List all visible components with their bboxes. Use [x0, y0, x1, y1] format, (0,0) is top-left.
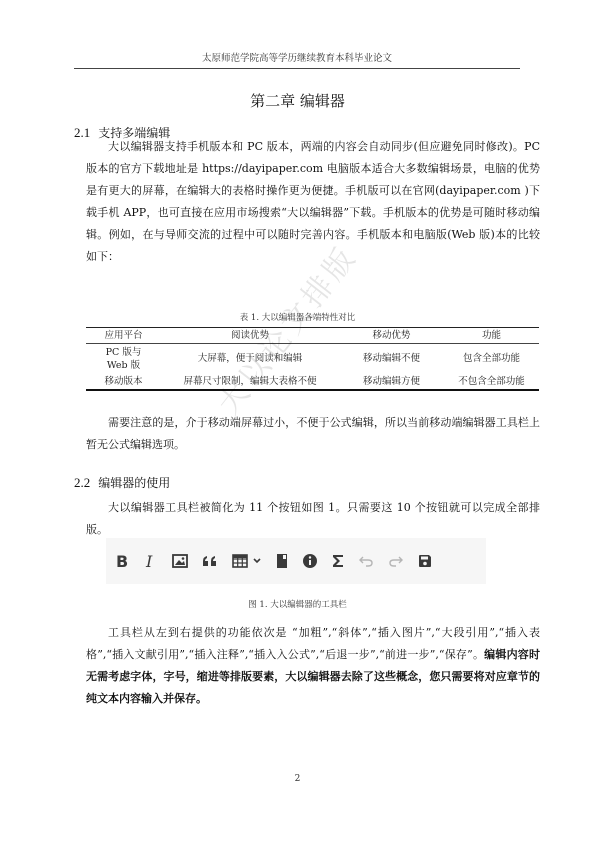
section-heading-2-2: 2.2编辑器的使用: [74, 474, 170, 491]
description-normal-text: 工具栏从左到右提供的功能依次是 “加粗”,“斜体”,“插入图片”,“大段引用”,…: [86, 626, 540, 661]
save-icon: [418, 550, 432, 572]
chevron-down-icon: [252, 550, 262, 572]
table-cell: 移动版本: [86, 374, 161, 390]
table-row: PC 版与 Web 版 大屏幕，便于阅读和编辑 移动编辑不便 包含全部功能: [86, 344, 539, 374]
figure-caption: 图 1. 大以编辑器的工具栏: [0, 598, 595, 610]
running-header: 太原师范学院高等学历继续教育本科毕业论文: [74, 52, 520, 69]
svg-text:B: B: [116, 553, 128, 569]
table-icon: [232, 550, 248, 572]
sigma-icon: [332, 550, 344, 572]
undo-icon: [358, 550, 374, 572]
quote-icon: [202, 550, 218, 572]
paragraph-toolbar-intro: 大以编辑器工具栏被简化为 11 个按钮如图 1。只需要这 10 个按钮就可以完成…: [86, 497, 540, 541]
svg-text:I: I: [145, 553, 153, 569]
info-icon: [302, 550, 318, 572]
redo-icon: [388, 550, 404, 572]
editor-toolbar-figure: B I: [106, 538, 486, 584]
paragraph-toolbar-description: 工具栏从左到右提供的功能依次是 “加粗”,“斜体”,“插入图片”,“大段引用”,…: [86, 622, 540, 710]
table-row: 移动版本 屏幕尺寸限制，编辑大表格不便 移动编辑方便 不包含全部功能: [86, 374, 539, 390]
table-header-row: 应用平台 阅读优势 移动优势 功能: [86, 328, 539, 344]
paragraph-mobile-note: 需要注意的是，介于移动端屏幕过小，不便于公式编辑，所以当前移动端编辑器工具栏上暂…: [86, 412, 540, 456]
table-header-cell: 应用平台: [86, 328, 161, 344]
citation-icon: [276, 550, 288, 572]
chapter-title: 第二章 编辑器: [0, 90, 595, 111]
italic-icon: I: [144, 550, 158, 572]
paragraph-multi-device: 大以编辑器支持手机版本和 PC 版本，两端的内容会自动同步(但应避免同时修改)。…: [86, 136, 540, 268]
bold-icon: B: [116, 550, 130, 572]
table-cell: 不包含全部功能: [444, 374, 539, 390]
page-number: 2: [0, 774, 595, 784]
table-cell: 包含全部功能: [444, 344, 539, 374]
table-header-cell: 功能: [444, 328, 539, 344]
image-icon: [172, 550, 188, 572]
table-cell: PC 版与 Web 版: [86, 344, 161, 374]
table-cell: 移动编辑方便: [339, 374, 444, 390]
section-number: 2.2: [74, 475, 90, 490]
table-header-cell: 移动优势: [339, 328, 444, 344]
section-title: 编辑器的使用: [98, 476, 170, 490]
comparison-table: 应用平台 阅读优势 移动优势 功能 PC 版与 Web 版 大屏幕，便于阅读和编…: [86, 327, 539, 391]
table-cell: 移动编辑不便: [339, 344, 444, 374]
